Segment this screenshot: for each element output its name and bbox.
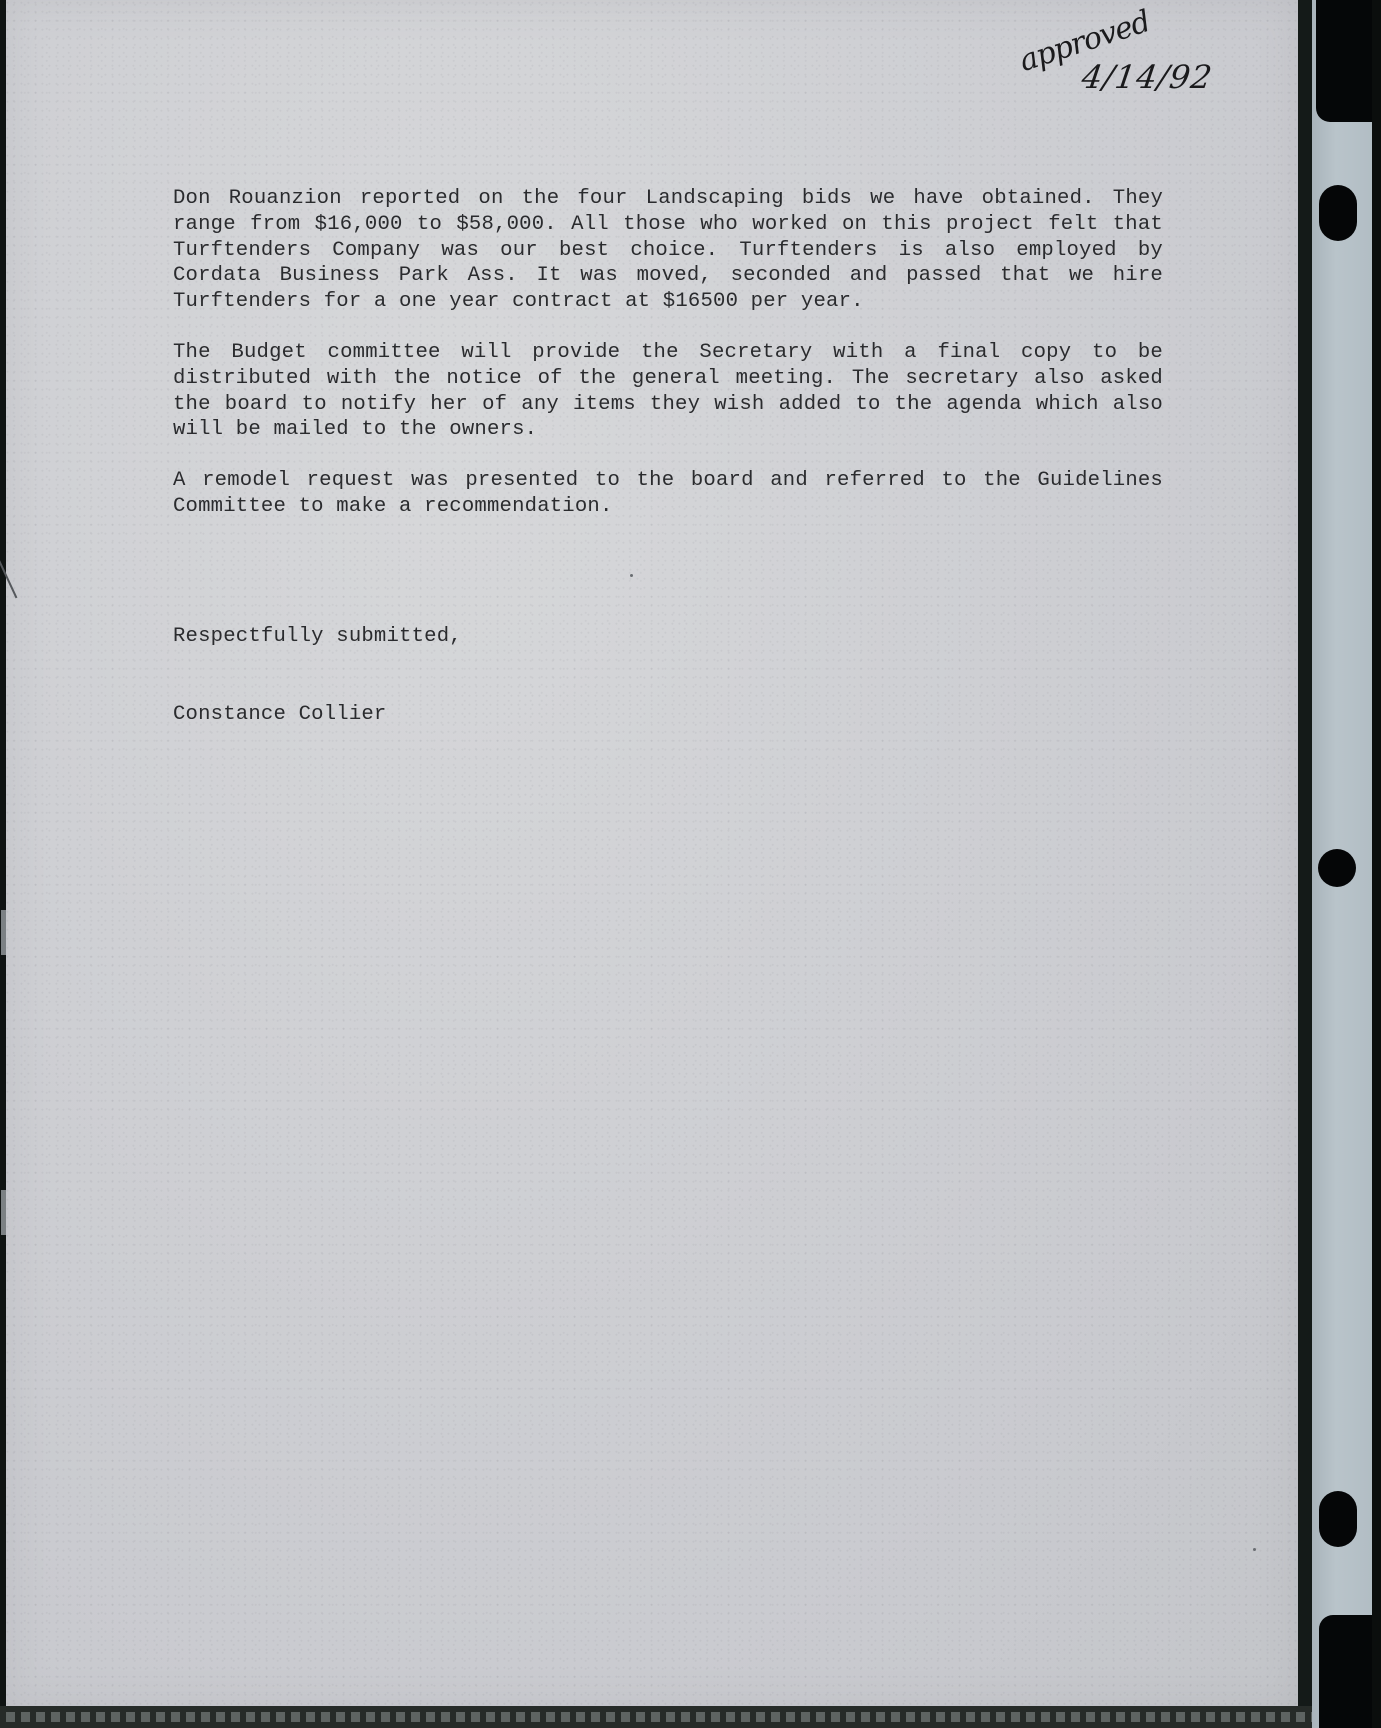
perforation [1161,1712,1170,1722]
perforation [726,1712,735,1722]
perforation [1086,1712,1095,1722]
perforation [756,1712,765,1722]
perforation [51,1712,60,1722]
perforation [291,1712,300,1722]
perforation [1011,1712,1020,1722]
perforation [561,1712,570,1722]
perforation [21,1712,30,1722]
perforation [576,1712,585,1722]
perforation [591,1712,600,1722]
perforation [546,1712,555,1722]
perforation [456,1712,465,1722]
perforation [381,1712,390,1722]
perforation [396,1712,405,1722]
perforation [321,1712,330,1722]
perforation [516,1712,525,1722]
perforation [636,1712,645,1722]
perforation [276,1712,285,1722]
perforation [531,1712,540,1722]
perforation [81,1712,90,1722]
perforation [96,1712,105,1722]
perforation [261,1712,270,1722]
perforation [1026,1712,1035,1722]
perforation [486,1712,495,1722]
perforation [1146,1712,1155,1722]
perforation [1281,1712,1290,1722]
perforation [306,1712,315,1722]
binder-hole-icon [1319,1491,1357,1547]
perforation [1221,1712,1230,1722]
perforation [981,1712,990,1722]
perforation [861,1712,870,1722]
perforation [816,1712,825,1722]
page-gutter [1298,0,1312,1728]
perforation [351,1712,360,1722]
perforation [1251,1712,1260,1722]
perforation [1071,1712,1080,1722]
perforation [786,1712,795,1722]
perforation [441,1712,450,1722]
perforation [1101,1712,1110,1722]
perforation [801,1712,810,1722]
handwritten-approval: approved 4/14/92 [1020,20,1240,100]
perforation [1191,1712,1200,1722]
perforation [1311,1712,1312,1722]
perforation [471,1712,480,1722]
paragraph-budget: The Budget committee will provide the Se… [173,340,1163,443]
perforation [741,1712,750,1722]
perforation [846,1712,855,1722]
perforation [216,1712,225,1722]
perforation [831,1712,840,1722]
perforation [651,1712,660,1722]
perforation [1131,1712,1140,1722]
perforation [141,1712,150,1722]
perforation [921,1712,930,1722]
perforation [711,1712,720,1722]
perforation [111,1712,120,1722]
perforation [501,1712,510,1722]
perforation [951,1712,960,1722]
perforation [246,1712,255,1722]
perforation [891,1712,900,1722]
signature-name: Constance Collier [173,703,387,726]
perforated-bottom-edge [0,1706,1312,1728]
perforation [336,1712,345,1722]
perforation [681,1712,690,1722]
perforation [156,1712,165,1722]
perforation [411,1712,420,1722]
perforation [186,1712,195,1722]
scanned-document-photo: approved 4/14/92 Don Rouanzion reported … [0,0,1381,1728]
binder-hole-icon [1319,185,1357,241]
perforation [1206,1712,1215,1722]
perforation [36,1712,45,1722]
perforation [231,1712,240,1722]
perforation [1296,1712,1305,1722]
perforation [606,1712,615,1722]
perforation [996,1712,1005,1722]
perforation [6,1712,15,1722]
perforation [1116,1712,1125,1722]
perforation [771,1712,780,1722]
speck [1253,1548,1256,1551]
right-edge [1372,0,1381,1728]
perforation [876,1712,885,1722]
closing-line: Respectfully submitted, [173,625,462,648]
perforation [171,1712,180,1722]
perforation [366,1712,375,1722]
perforation [621,1712,630,1722]
perforation [426,1712,435,1722]
binder-hole-icon [1318,849,1356,887]
perforation [1236,1712,1245,1722]
perforation [1041,1712,1050,1722]
perforation [201,1712,210,1722]
speck [630,574,633,577]
perforation [906,1712,915,1722]
perforation [1056,1712,1065,1722]
perforation [66,1712,75,1722]
perforation [1266,1712,1275,1722]
handwritten-approval-date: 4/14/92 [1079,58,1215,96]
perforation [696,1712,705,1722]
perforation [936,1712,945,1722]
perforation [966,1712,975,1722]
minutes-body: Don Rouanzion reported on the four Lands… [173,186,1163,545]
perforation [126,1712,135,1722]
perforation [1176,1712,1185,1722]
paragraph-remodel: A remodel request was presented to the b… [173,468,1163,520]
perforation [666,1712,675,1722]
paragraph-landscaping: Don Rouanzion reported on the four Lands… [173,186,1163,315]
